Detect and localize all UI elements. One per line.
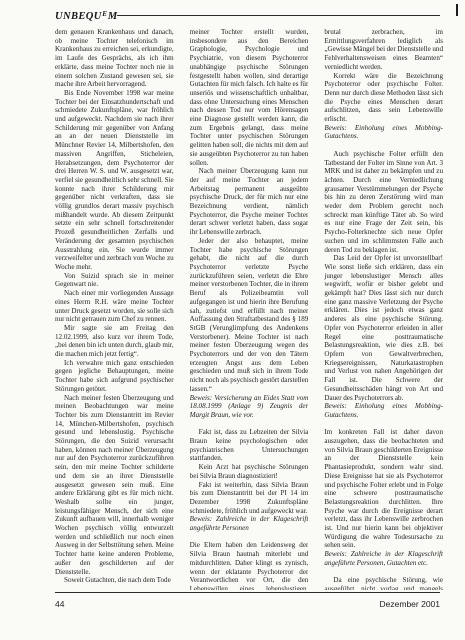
footer-divider-line <box>55 592 440 593</box>
evidence-note: Beweis: Versicherung an Eides Statt vom … <box>190 394 309 420</box>
evidence-note: Beweis: Zahlreiche in der Klageschrift a… <box>324 550 443 567</box>
evidence-note: Beweis: Einholung eines Mobbing-Gutachte… <box>324 402 443 419</box>
paragraph: Nach einer mir vorliegenden Aussage eine… <box>55 289 174 324</box>
evidence-note: Beweis: Zahlreiche in der Klageschrift a… <box>190 515 309 532</box>
page-footer: 44 Dezember 2001 <box>55 599 440 609</box>
logo-superscript-e: E <box>102 10 107 18</box>
page-header: UNBEQUEM <box>55 6 440 22</box>
page-number: 44 <box>55 599 64 609</box>
paragraph: Da eine psychische Störung, wie ausgefüh… <box>324 576 443 590</box>
paragraph: Ich verwahre mich ganz entschieden gegen… <box>55 359 174 394</box>
paragraph: Fakt ist weiterhin, dass Silvia Braun bi… <box>190 481 309 516</box>
paragraph: Fakt ist, dass zu Lebzeiten der Silvia B… <box>190 428 309 463</box>
text-column: dem genauen Krankenhaus und danach, ob m… <box>55 28 174 590</box>
paragraph: Jeder der also behauptet, meine Tochter … <box>190 237 309 394</box>
paragraph: Das Leid der Opfer ist unvorstellbar! Wi… <box>324 254 443 402</box>
paragraph: dem genauen Krankenhaus und danach, ob m… <box>55 28 174 89</box>
paragraph: Die Eltern haben den Leidensweg der Silv… <box>190 541 309 590</box>
paragraph: brutal zerbrachen, im Ermittlungsverfahr… <box>324 28 443 72</box>
evidence-note: Beweis: Einholung eines Mobbing-Gutachte… <box>324 124 443 141</box>
paragraph: Mir sagte sie am Freitag den 12.02.1999,… <box>55 324 174 359</box>
paragraph: Im konkreten Fall ist daher davon auszug… <box>324 428 443 550</box>
paragraph: Von Suizid sprach sie in meiner Gegenwar… <box>55 272 174 289</box>
text-column: brutal zerbrachen, im Ermittlungsverfahr… <box>324 28 443 590</box>
paragraph: Kein Arzt hat psychische Störungen bei S… <box>190 463 309 480</box>
text-column: meiner Tochter erstellt wurden, insbeson… <box>190 28 309 590</box>
paragraph: Korrekt wäre die Bezeichnung Psychoterro… <box>324 72 443 124</box>
paragraph: Nach meiner festen Überzeugung und meine… <box>55 394 174 577</box>
print-registration-mark <box>456 4 458 16</box>
issue-date: Dezember 2001 <box>380 599 440 609</box>
paragraph: Nach meiner Überzeugung kann nur der auf… <box>190 167 309 237</box>
article-body: dem genauen Krankenhaus und danach, ob m… <box>55 28 443 590</box>
paragraph: Bis Ende November 1998 war meine Tochter… <box>55 89 174 272</box>
paragraph: Soweit Gutachten, die nach dem Tode <box>55 576 174 585</box>
paragraph: Auch psychische Folter erfüllt den Tatbe… <box>324 150 443 254</box>
paragraph: meiner Tochter erstellt wurden, insbeson… <box>190 28 309 167</box>
magazine-page: UNBEQUEM dem genauen Krankenhaus und dan… <box>0 0 465 640</box>
magazine-logo: UNBEQUEM <box>55 11 118 22</box>
header-divider-line <box>117 15 440 16</box>
logo-text-tail: M <box>108 11 118 22</box>
logo-text-main: UNBEQU <box>55 11 102 22</box>
